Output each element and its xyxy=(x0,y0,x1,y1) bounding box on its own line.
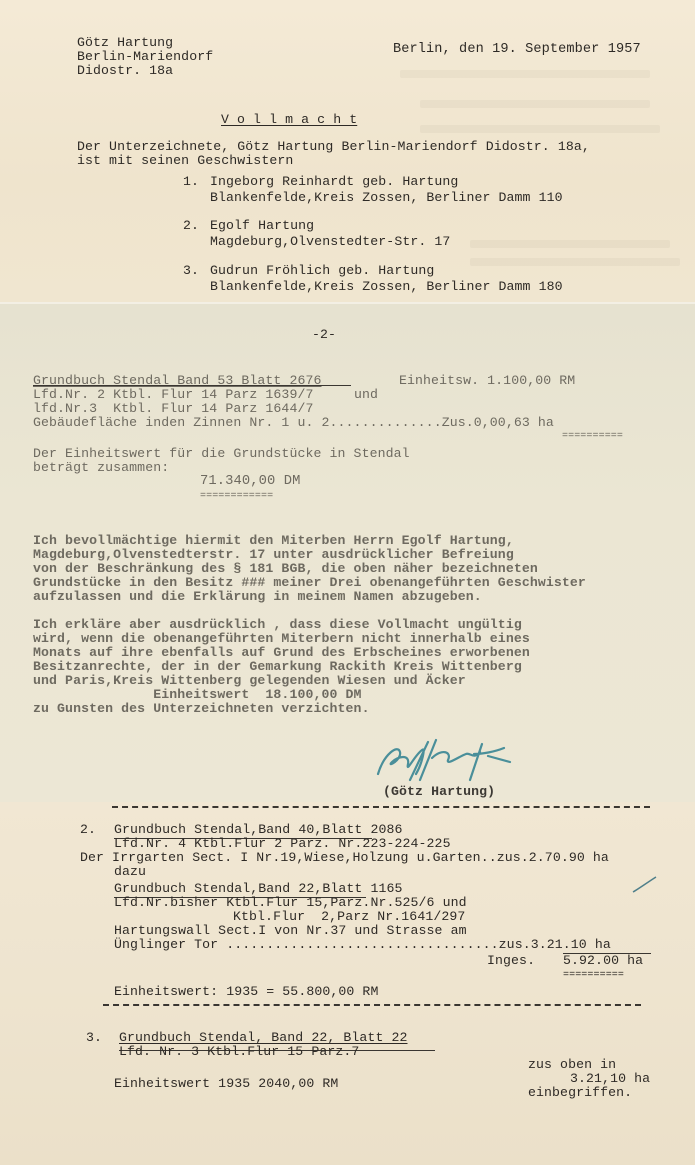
pencil-check-mark xyxy=(630,874,660,896)
sibling-address: Magdeburg,Olvenstedter-Str. 17 xyxy=(210,235,450,249)
paragraph-line: Einheitswert 18.100,00 DM xyxy=(33,688,362,702)
parcel-line-suffix: und xyxy=(354,388,378,402)
page2-panel: -2- Grundbuch Stendal Band 53 Blatt 2676… xyxy=(0,302,695,804)
paragraph-line: Grundstücke in den Besitz ### meiner Dre… xyxy=(33,576,586,590)
sibling-name: Egolf Hartung xyxy=(210,219,314,233)
dazu-line: dazu xyxy=(114,865,146,879)
page-number: -2- xyxy=(312,328,336,342)
unit-value-line: Einheitswert 1935 2040,00 RM xyxy=(114,1077,338,1091)
parcel-line: Lfd.Nr.bisher Ktbl.Flur 15,Parz.Nr.525/6… xyxy=(114,896,467,910)
sender-street: Didostr. 18a xyxy=(77,64,173,78)
total-label: beträgt zusammen: xyxy=(33,461,169,475)
unit-value-line: Einheitswert: 1935 = 55.800,00 RM xyxy=(114,985,378,999)
bleed-through-text xyxy=(470,240,670,248)
paragraph-line: von der Beschränkung des § 181 BGB, die … xyxy=(33,562,538,576)
signature-printed-name: (Götz Hartung) xyxy=(383,785,495,799)
total-label: Inges. xyxy=(487,954,535,968)
parcel-line: lfd.Nr.3 Ktbl. Flur 14 Parz 1644/7 xyxy=(33,402,313,416)
paragraph-line: und Paris,Kreis Wittenberg gelegenden Wi… xyxy=(33,674,466,688)
sibling-number: 3. xyxy=(183,264,199,278)
bleed-through-text xyxy=(470,258,680,266)
item-number: 2. xyxy=(80,823,96,837)
unit-value: Einheitsw. 1.100,00 RM xyxy=(399,374,575,388)
paragraph-line: Magdeburg,Olvenstedterstr. 17 unter ausd… xyxy=(33,548,514,562)
parcel-line: Lfd.Nr. 2 Ktbl. Flur 14 Parz 1639/7 xyxy=(33,388,313,402)
street-line: Hartungswall Sect.I von Nr.37 und Strass… xyxy=(114,924,467,938)
note-line: zus oben in xyxy=(528,1058,616,1072)
paragraph-line: Ich bevollmächtige hiermit den Miterben … xyxy=(33,534,514,548)
total-label: Der Einheitswert für die Grundstücke in … xyxy=(33,447,410,461)
parcel-line: Ktbl.Flur 2,Parz Nr.1641/297 xyxy=(233,910,465,924)
bleed-through-text xyxy=(420,100,650,108)
building-area-line: Gebäudefläche inden Zinnen Nr. 1 u. 2...… xyxy=(33,416,554,430)
paragraph-line: zu Gunsten des Unterzeichneten verzichte… xyxy=(33,702,370,716)
parcel-line: Lfd. Nr. 3 Ktbl.Flur 15 Parz.7 xyxy=(119,1045,359,1059)
note-line: 3.21,10 ha xyxy=(570,1072,650,1086)
paragraph-line: Monats auf ihre ebenfalls auf Grund des … xyxy=(33,646,530,660)
sibling-address: Blankenfelde,Kreis Zossen, Berliner Damm… xyxy=(210,280,563,294)
paragraph-line: Besitzanrechte, der in der Gemarkung Rac… xyxy=(33,660,522,674)
land-register-line: Grundbuch Stendal,Band 40,Blatt 2086 xyxy=(114,823,403,837)
intro-line-1: Der Unterzeichnete, Götz Hartung Berlin-… xyxy=(77,140,590,154)
double-rule: ============ xyxy=(200,490,273,504)
page1-panel: Götz Hartung Berlin-Mariendorf Didostr. … xyxy=(0,0,695,302)
sibling-number: 2. xyxy=(183,219,199,233)
paragraph-line: wird, wenn die obenangeführten Miterbern… xyxy=(33,632,530,646)
dashed-separator xyxy=(103,1004,641,1006)
double-rule: ========== xyxy=(563,969,624,983)
sibling-address: Blankenfelde,Kreis Zossen, Berliner Damm… xyxy=(210,191,563,205)
parcel-line: Lfd.Nr. 4 Ktbl.Flur 2 Parz. Nr.223-224-2… xyxy=(114,837,451,851)
note-line: einbegriffen. xyxy=(528,1086,632,1100)
page3-panel: 2. Grundbuch Stendal,Band 40,Blatt 2086 … xyxy=(0,802,695,1165)
total-area: 5.92.00 ha xyxy=(563,954,643,968)
sibling-name: Ingeborg Reinhardt geb. Hartung xyxy=(210,175,458,189)
document-title: V o l l m a c h t xyxy=(221,113,357,127)
sibling-name: Gudrun Fröhlich geb. Hartung xyxy=(210,264,434,278)
paragraph-line: Ich erkläre aber ausdrücklich , dass die… xyxy=(33,618,522,632)
double-rule: ========== xyxy=(562,430,623,444)
intro-line-2: ist mit seinen Geschwistern xyxy=(77,154,293,168)
item-number: 3. xyxy=(86,1031,102,1045)
underline-rule xyxy=(33,385,351,386)
sender-name: Götz Hartung xyxy=(77,36,173,50)
sender-city: Berlin-Mariendorf xyxy=(77,50,213,64)
bleed-through-text xyxy=(420,125,660,133)
total-value: 71.340,00 DM xyxy=(200,475,301,489)
paragraph-line: aufzulassen und die Erklärung in meinem … xyxy=(33,590,482,604)
area-line: Ünglinger Tor ..........................… xyxy=(114,938,611,952)
date-line: Berlin, den 19. September 1957 xyxy=(393,43,641,57)
garden-line: Der Irrgarten Sect. I Nr.19,Wiese,Holzun… xyxy=(80,851,609,865)
bleed-through-text xyxy=(400,70,650,78)
dashed-separator xyxy=(112,806,650,808)
signature xyxy=(370,734,540,784)
land-register-line: Grundbuch Stendal, Band 22, Blatt 22 xyxy=(119,1031,408,1045)
land-register-line: Grundbuch Stendal,Band 22,Blatt 1165 xyxy=(114,882,403,896)
sibling-number: 1. xyxy=(183,175,199,189)
